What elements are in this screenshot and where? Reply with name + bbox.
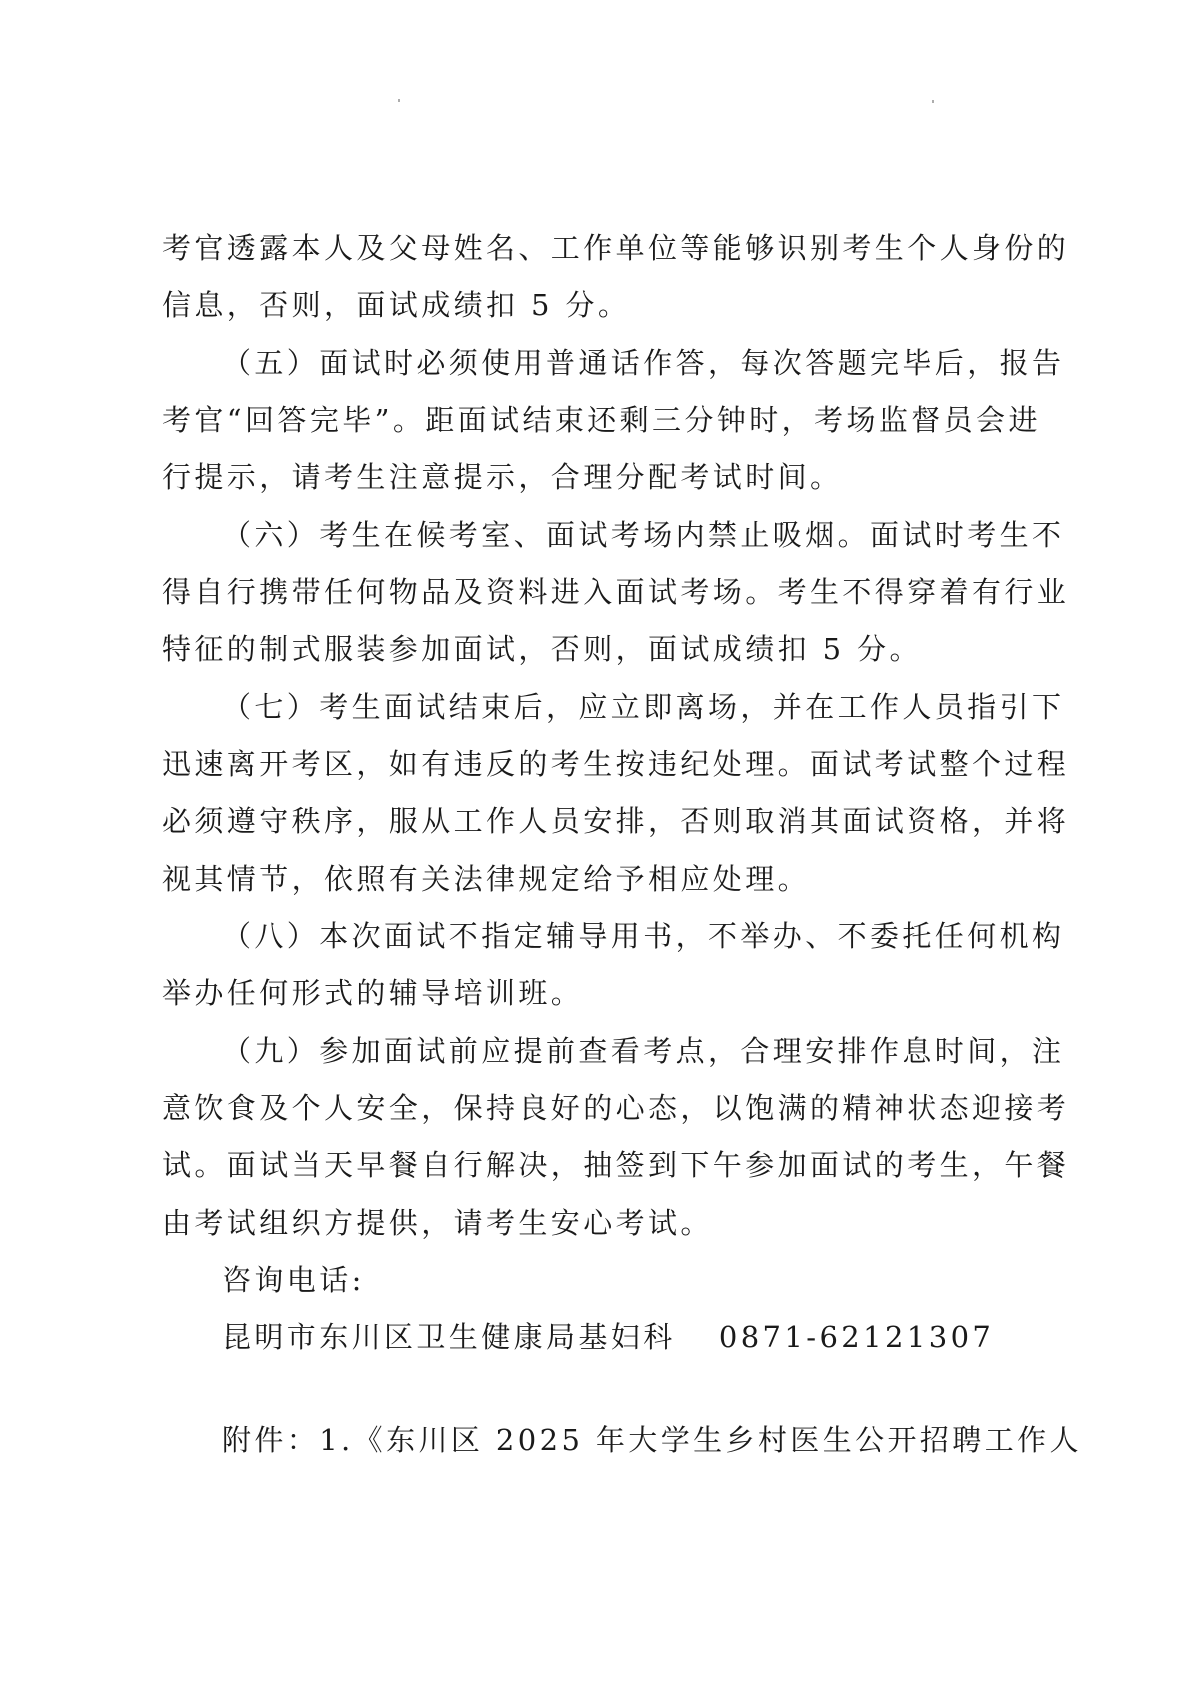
- paragraph-line: 举办任何形式的辅导培训班。: [162, 973, 992, 1013]
- document-page: 考官透露本人及父母姓名、工作单位等能够识别考生个人身份的 信息，否则，面试成绩扣…: [0, 0, 1190, 1683]
- contact-label: 咨询电话:: [222, 1260, 1052, 1300]
- paragraph-line-item-5: （五）面试时必须使用普通话作答，每次答题完毕后，报告: [222, 343, 1052, 383]
- paragraph-line: 特征的制式服装参加面试，否则，面试成绩扣 5 分。: [162, 629, 992, 669]
- contact-line: 昆明市东川区卫生健康局基妇科 0871-62121307: [222, 1317, 1052, 1357]
- paragraph-line: 考官透露本人及父母姓名、工作单位等能够识别考生个人身份的: [162, 228, 992, 268]
- paragraph-line-item-9: （九）参加面试前应提前查看考点，合理安排作息时间，注: [222, 1031, 1052, 1071]
- paragraph-line: 得自行携带任何物品及资料进入面试考场。考生不得穿着有行业: [162, 572, 992, 612]
- paragraph-line: 由考试组织方提供，请考生安心考试。: [162, 1203, 992, 1243]
- paragraph-line: 信息，否则，面试成绩扣 5 分。: [162, 285, 992, 325]
- paragraph-line: 行提示，请考生注意提示，合理分配考试时间。: [162, 457, 992, 497]
- paragraph-line: 试。面试当天早餐自行解决，抽签到下午参加面试的考生，午餐: [162, 1145, 992, 1185]
- paragraph-line-item-7: （七）考生面试结束后，应立即离场，并在工作人员指引下: [222, 687, 1052, 727]
- attachment-line: 附件：1.《东川区 2025 年大学生乡村医生公开招聘工作人: [222, 1420, 1052, 1460]
- paragraph-line-item-8: （八）本次面试不指定辅导用书，不举办、不委托任何机构: [222, 916, 1052, 956]
- scan-speck: [398, 99, 400, 102]
- scan-speck: [932, 100, 934, 103]
- paragraph-line: 必须遵守秩序，服从工作人员安排，否则取消其面试资格，并将: [162, 801, 992, 841]
- contact-org: 昆明市东川区卫生健康局基妇科: [222, 1320, 676, 1354]
- paragraph-line: 考官“回答完毕”。距面试结束还剩三分钟时，考场监督员会进: [162, 400, 992, 440]
- paragraph-line: 意饮食及个人安全，保持良好的心态，以饱满的精神状态迎接考: [162, 1088, 992, 1128]
- paragraph-line: 迅速离开考区，如有违反的考生按违纪处理。面试考试整个过程: [162, 744, 992, 784]
- contact-phone: 0871-62121307: [719, 1320, 994, 1354]
- paragraph-line-item-6: （六）考生在候考室、面试考场内禁止吸烟。面试时考生不: [222, 515, 1052, 555]
- paragraph-line: 视其情节，依照有关法律规定给予相应处理。: [162, 859, 992, 899]
